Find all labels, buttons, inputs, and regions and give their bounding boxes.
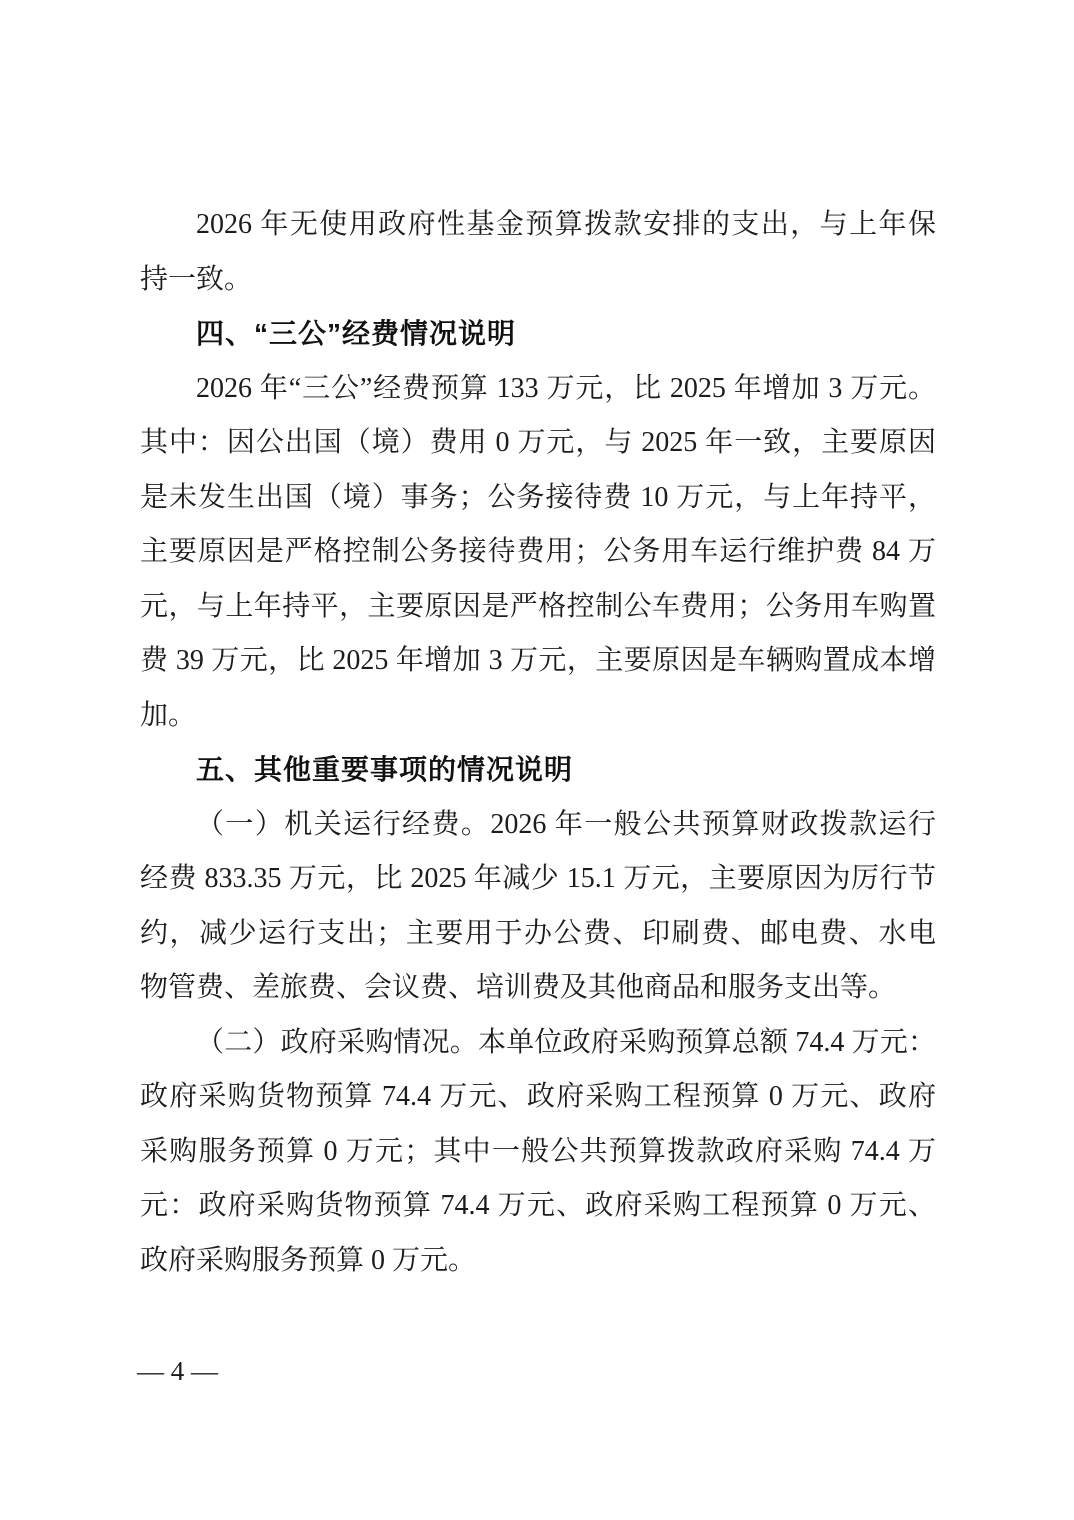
text-line: 物管费、差旅费、会议费、培训费及其他商品和服务支出等。 — [140, 961, 936, 1016]
text-line: 是未发生出国（境）事务；公务接待费 10 万元，与上年持平， — [140, 471, 936, 526]
text-line: 主要原因是严格控制公务接待费用；公务用车运行维护费 84 万 — [140, 525, 936, 580]
text-line: 元：政府采购货物预算 74.4 万元、政府采购工程预算 0 万元、 — [140, 1179, 936, 1234]
document-body: 2026 年无使用政府性基金预算拨款安排的支出，与上年保持一致。四、“三公”经费… — [140, 198, 936, 1288]
text-line: 2026 年无使用政府性基金预算拨款安排的支出，与上年保 — [140, 198, 936, 253]
text-line: 政府采购服务预算 0 万元。 — [140, 1234, 936, 1289]
text-line: 持一致。 — [140, 253, 936, 308]
text-line: （一）机关运行经费。2026 年一般公共预算财政拨款运行 — [140, 798, 936, 853]
section-heading: 五、其他重要事项的情况说明 — [140, 743, 936, 798]
text-line: 2026 年“三公”经费预算 133 万元，比 2025 年增加 3 万元。 — [140, 362, 936, 417]
text-line: （二）政府采购情况。本单位政府采购预算总额 74.4 万元： — [140, 1016, 936, 1071]
page-number: — 4 — — [137, 1347, 218, 1395]
text-line: 采购服务预算 0 万元；其中一般公共预算拨款政府采购 74.4 万 — [140, 1125, 936, 1180]
text-line: 经费 833.35 万元，比 2025 年减少 15.1 万元，主要原因为厉行节 — [140, 852, 936, 907]
text-line: 加。 — [140, 689, 936, 744]
section-heading: 四、“三公”经费情况说明 — [140, 307, 936, 362]
text-line: 元，与上年持平，主要原因是严格控制公车费用；公务用车购置 — [140, 580, 936, 635]
text-line: 费 39 万元，比 2025 年增加 3 万元，主要原因是车辆购置成本增 — [140, 634, 936, 689]
document-page: 2026 年无使用政府性基金预算拨款安排的支出，与上年保持一致。四、“三公”经费… — [0, 0, 1074, 1520]
text-line: 其中：因公出国（境）费用 0 万元，与 2025 年一致，主要原因 — [140, 416, 936, 471]
text-line: 约，减少运行支出；主要用于办公费、印刷费、邮电费、水电费、 — [140, 907, 936, 962]
text-line: 政府采购货物预算 74.4 万元、政府采购工程预算 0 万元、政府 — [140, 1070, 936, 1125]
